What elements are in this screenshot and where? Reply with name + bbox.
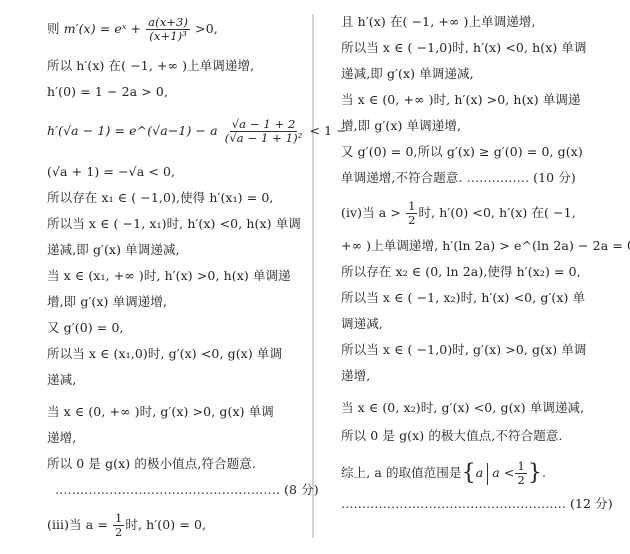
set-condition: a < <box>492 465 514 480</box>
score-label: (12 分) <box>570 496 613 511</box>
formula: h′(√a − 1) = e^(√a−1) − a <box>47 123 222 138</box>
line-suffix: 时, h′(0) <0, h′(x) 在( −1, <box>418 205 575 220</box>
text-line: 又 g′(0) = 0, <box>47 320 124 336</box>
text-line: 调递减, <box>341 316 383 332</box>
dot-leader: ……………………………………………… <box>341 496 566 511</box>
line-prefix: (ⅲ)当 a = <box>47 517 112 532</box>
text-line: 当 x ∈ (0, x₂)时, g′(x) <0, g(x) 单调递减, <box>341 400 584 416</box>
dot-leader: ……………………………………………… <box>55 482 280 497</box>
text-line: 当 x ∈ (0, +∞ )时, h′(x) >0, h(x) 单调递 <box>341 92 581 108</box>
line-suffix: 时, h′(0) = 0, <box>125 517 206 532</box>
text-line: 所以 0 是 g(x) 的极大值点,不符合题意. <box>341 428 563 444</box>
text-line: 所以当 x ∈ ( −1, x₂)时, h′(x) <0, g′(x) 单 <box>341 290 585 306</box>
line-suffix: . <box>542 465 546 480</box>
fraction: a(x+3)(x+1)³ <box>146 16 190 43</box>
text-line: 所以当 x ∈ ( −1,0)时, g′(x) >0, g(x) 单调 <box>341 342 587 358</box>
line-text: 单调递增,不符合题意. <box>341 170 463 185</box>
text-line: 综上, a 的取值范围是{aa <12}. <box>341 460 546 487</box>
fraction-denominator: 2 <box>515 474 526 487</box>
text-line: 单调递增,不符合题意. ……………(10 分) <box>341 170 576 186</box>
text-line: 所以当 x ∈ ( −1, x₁)时, h′(x) <0, h(x) 单调 <box>47 216 301 232</box>
text-line: (ⅲ)当 a = 12时, h′(0) = 0, <box>47 512 206 539</box>
line-prefix: (ⅳ)当 a > <box>341 205 405 220</box>
right-brace: } <box>528 461 542 486</box>
text-line: 所以存在 x₂ ∈ (0, ln 2a),使得 h′(x₂) = 0, <box>341 264 581 280</box>
text-line: h′(0) = 1 − 2a > 0, <box>47 84 168 100</box>
line-prefix: 则 <box>47 21 64 36</box>
text-line: 所以存在 x₁ ∈ ( −1,0),使得 h′(x₁) = 0, <box>47 190 274 206</box>
fraction-denominator: (x+1)³ <box>147 30 189 43</box>
set-variable: a <box>476 465 484 480</box>
fraction-denominator: 2 <box>113 526 124 539</box>
text-line: 则 m′(x) = eˣ + a(x+3)(x+1)³ >0, <box>47 16 218 43</box>
column-divider <box>312 14 314 538</box>
text-line: 所以 0 是 g(x) 的极小值点,符合题意. <box>47 456 256 472</box>
score-line: ………………………………………………(8 分) <box>55 482 319 498</box>
score-label: (8 分) <box>284 482 319 497</box>
fraction: 12 <box>515 460 526 487</box>
text-line: 递增, <box>341 368 370 384</box>
line-suffix: >0, <box>191 21 218 36</box>
line-prefix: 综上, a 的取值范围是 <box>341 465 462 480</box>
text-line: 当 x ∈ (0, +∞ )时, g′(x) >0, g(x) 单调 <box>47 404 274 420</box>
score-line: ………………………………………………(12 分) <box>341 496 613 512</box>
text-line: (√a + 1) = −√a < 0, <box>47 164 175 180</box>
fraction-denominator: (√a − 1 + 1)² <box>223 132 305 145</box>
text-line: h′(√a − 1) = e^(√a−1) − a √a − 1 + 2(√a … <box>47 118 347 145</box>
fraction-numerator: 1 <box>406 200 417 214</box>
fraction: 12 <box>113 512 124 539</box>
text-line: 递增, <box>47 430 76 446</box>
text-line: 当 x ∈ (x₁, +∞ )时, h′(x) >0, h(x) 单调递 <box>47 268 291 284</box>
set-bar <box>487 463 488 485</box>
text-line: 递减,即 g′(x) 单调递减, <box>47 242 180 258</box>
fraction: 12 <box>406 200 417 227</box>
text-line: 增,即 g′(x) 单调递增, <box>47 294 167 310</box>
text-line: 递减,即 g′(x) 单调递减, <box>341 66 474 82</box>
text-line: 且 h′(x) 在( −1, +∞ )上单调递增, <box>341 14 536 30</box>
text-line: 所以当 x ∈ (x₁,0)时, g′(x) <0, g(x) 单调 <box>47 346 282 362</box>
fraction-denominator: 2 <box>406 214 417 227</box>
fraction-numerator: 1 <box>515 460 526 474</box>
text-line: +∞ )上单调递增, h′(ln 2a) > e^(ln 2a) − 2a = … <box>341 238 630 254</box>
fraction-numerator: 1 <box>113 512 124 526</box>
text-line: 递减, <box>47 372 76 388</box>
text-line: (ⅳ)当 a > 12时, h′(0) <0, h′(x) 在( −1, <box>341 200 576 227</box>
text-line: 又 g′(0) = 0,所以 g′(x) ≥ g′(0) = 0, g(x) <box>341 144 583 160</box>
score-label: (10 分) <box>533 170 576 185</box>
formula: m′(x) = eˣ + <box>64 21 145 36</box>
left-brace: { <box>462 461 476 486</box>
fraction-numerator: √a − 1 + 2 <box>230 118 298 132</box>
fraction: √a − 1 + 2(√a − 1 + 1)² <box>223 118 305 145</box>
text-line: 所以当 x ∈ ( −1,0)时, h′(x) <0, h(x) 单调 <box>341 40 587 56</box>
text-line: 增,即 g′(x) 单调递增, <box>341 118 461 134</box>
fraction-numerator: a(x+3) <box>146 16 190 30</box>
text-line: 所以 h′(x) 在( −1, +∞ )上单调递增, <box>47 58 254 74</box>
dot-leader: …………… <box>467 170 530 185</box>
